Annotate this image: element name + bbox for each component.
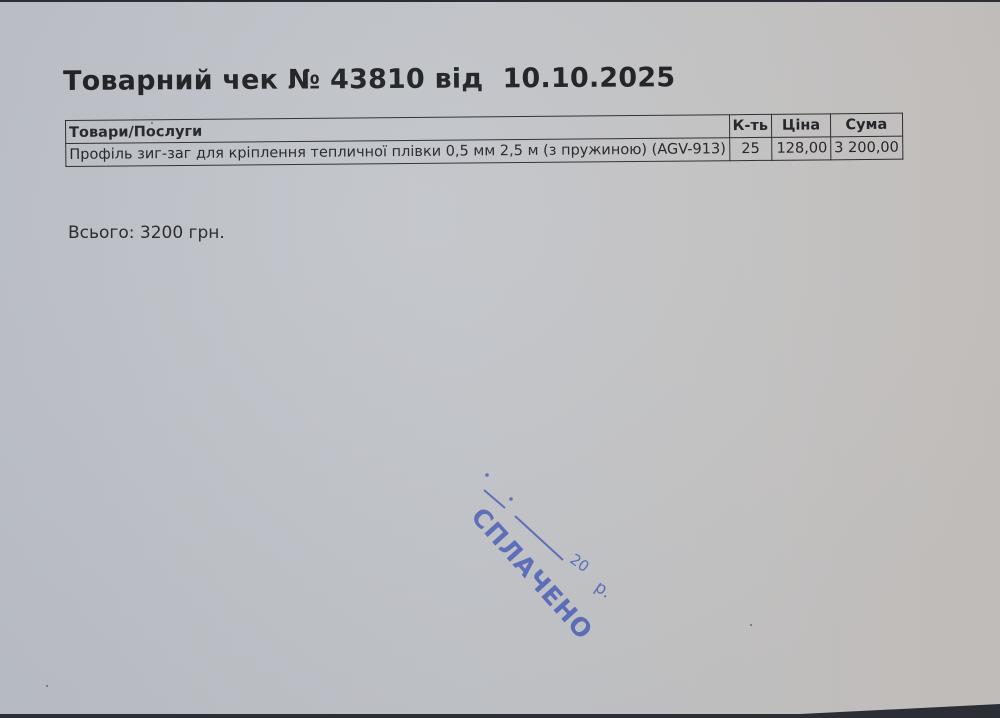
paper-sheet: Товарний чек № 43810 від 10.10.2025 Това… [0, 2, 1000, 714]
item-quantity: 25 [729, 137, 772, 160]
receipt-title: Товарний чек № 43810 від 10.10.2025 [63, 62, 675, 97]
item-price: 128,00 [772, 137, 831, 161]
item-name: Профіль зиг-заг для кріплення тепличної … [66, 138, 730, 167]
paper-speck [750, 624, 752, 626]
paper-speck [46, 685, 48, 687]
header-price: Ціна [771, 114, 830, 138]
header-sum: Сума [830, 113, 902, 137]
item-sum: 3 200,00 [831, 136, 903, 160]
items-table: Товари/Послуги К-ть Ціна Сума Профіль зи… [65, 113, 903, 167]
receipt-total: Всього: 3200 грн. [68, 223, 225, 243]
header-quantity: К-ть [729, 114, 772, 137]
paid-stamp: СПЛАЧЕНО 20 р. [475, 442, 675, 612]
paper-speck [151, 122, 153, 124]
receipt-photo: Товарний чек № 43810 від 10.10.2025 Това… [0, 0, 1000, 718]
